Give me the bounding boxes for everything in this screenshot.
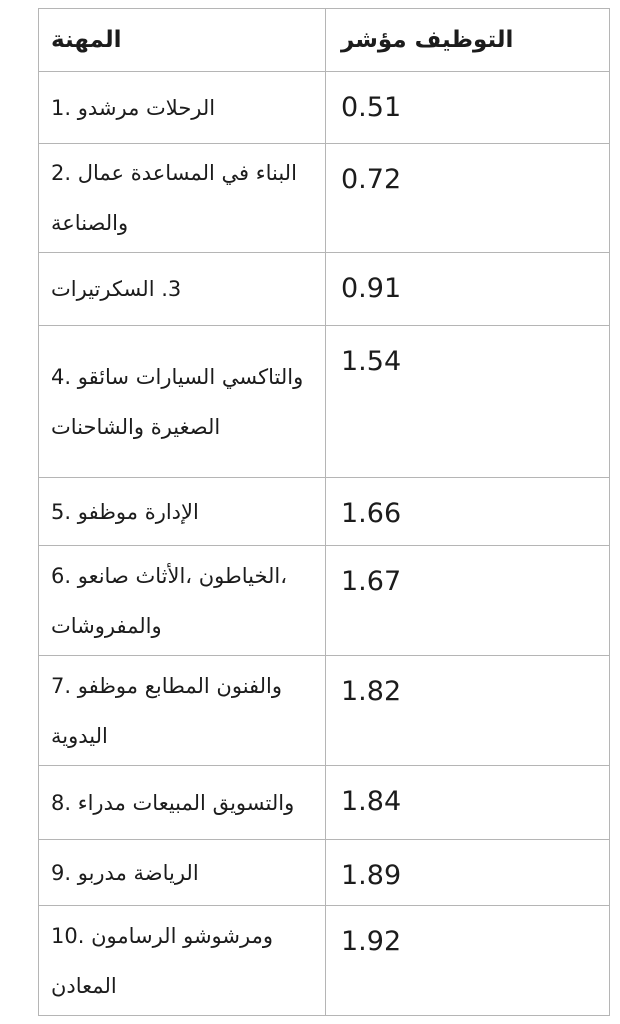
occupation-label: 4.‎ سائقو‎ السيارات‎ والتاكسي‎ والشاحنات… — [51, 352, 313, 452]
table-row: 10.‎ الرسامون‎ ومرشوشو‎ المعادن‎ 1.92 — [39, 905, 609, 1015]
employment-index-value: 1.67 — [341, 566, 401, 598]
employment-index-value: 1.82 — [341, 676, 401, 708]
employment-index-column-header: مؤشر‎ التوظيف‎ — [326, 9, 609, 71]
occupation-label: 8.‎ مدراء‎ المبيعات‎ والتسويق‎ — [51, 778, 294, 828]
occupation-cell: 3. السكرتيرات — [39, 253, 326, 325]
table-row: 2.‎ عمال‎ المساعدة‎ في‎ البناء‎ والصناعة… — [39, 143, 609, 252]
occupation-cell: 1.‎ مرشدو‎ الرحلات‎ — [39, 72, 326, 143]
table-header-row: المهنة‎ مؤشر‎ التوظيف‎ — [39, 9, 609, 71]
occupation-label: 10.‎ الرسامون‎ ومرشوشو‎ المعادن‎ — [51, 911, 313, 1011]
occupation-label: 6.‎ صانعو‎ الأثاث،‎ الخياطون،‎ والمفروشا… — [51, 551, 313, 651]
employment-index-value: 1.54 — [341, 346, 401, 378]
occupation-label: 3. السكرتيرات — [51, 264, 181, 314]
table-row: 6.‎ صانعو‎ الأثاث،‎ الخياطون،‎ والمفروشا… — [39, 545, 609, 655]
employment-index-cell: 1.66 — [326, 478, 609, 545]
employment-index-cell: 1.54 — [326, 326, 609, 477]
table-row: 9.‎ مدربو‎ الرياضة‎ 1.89 — [39, 839, 609, 905]
occupation-cell: 2.‎ عمال‎ المساعدة‎ في‎ البناء‎ والصناعة… — [39, 144, 326, 252]
employment-index-value: 1.66 — [341, 498, 401, 530]
occupation-cell: 4.‎ سائقو‎ السيارات‎ والتاكسي‎ والشاحنات… — [39, 326, 326, 477]
employment-index-value: 0.72 — [341, 164, 401, 196]
occupation-cell: 9.‎ مدربو‎ الرياضة‎ — [39, 840, 326, 905]
occupation-column-header: المهنة‎ — [39, 9, 326, 71]
employment-index-value: 1.89 — [341, 860, 401, 892]
table-row: 7.‎ موظفو‎ المطابع‎ والفنون‎ اليدوية‎ 1.… — [39, 655, 609, 765]
employment-index-value: 0.91 — [341, 273, 401, 305]
table-body: 1.‎ مرشدو‎ الرحلات‎ 0.51 2.‎ عمال‎ المسا… — [39, 71, 609, 1015]
employment-index-value: 0.51 — [341, 92, 401, 124]
employment-index-value: 1.84 — [341, 786, 401, 818]
table-row: 5.‎ موظفو‎ الإدارة‎ 1.66 — [39, 477, 609, 545]
occupation-label: 2.‎ عمال‎ المساعدة‎ في‎ البناء‎ والصناعة… — [51, 148, 313, 248]
employment-index-cell: 0.72 — [326, 144, 609, 252]
table-row: 8.‎ مدراء‎ المبيعات‎ والتسويق‎ 1.84 — [39, 765, 609, 839]
occupation-cell: 8.‎ مدراء‎ المبيعات‎ والتسويق‎ — [39, 766, 326, 839]
occupation-cell: 7.‎ موظفو‎ المطابع‎ والفنون‎ اليدوية‎ — [39, 656, 326, 765]
employment-index-cell: 0.51 — [326, 72, 609, 143]
occupation-cell: 10.‎ الرسامون‎ ومرشوشو‎ المعادن‎ — [39, 906, 326, 1015]
employment-index-cell: 0.91 — [326, 253, 609, 325]
page: المهنة‎ مؤشر‎ التوظيف‎ 1.‎ مرشدو‎ الرحلا… — [0, 0, 620, 1024]
employment-index-cell: 1.92 — [326, 906, 609, 1015]
employment-index-table: المهنة‎ مؤشر‎ التوظيف‎ 1.‎ مرشدو‎ الرحلا… — [38, 8, 610, 1016]
occupation-label: 1.‎ مرشدو‎ الرحلات‎ — [51, 83, 215, 133]
occupation-label: 9.‎ مدربو‎ الرياضة‎ — [51, 848, 199, 898]
employment-index-cell: 1.84 — [326, 766, 609, 839]
occupation-cell: 5.‎ موظفو‎ الإدارة‎ — [39, 478, 326, 545]
employment-index-cell: 1.82 — [326, 656, 609, 765]
occupation-label: 7.‎ موظفو‎ المطابع‎ والفنون‎ اليدوية‎ — [51, 661, 313, 761]
table-row: 1.‎ مرشدو‎ الرحلات‎ 0.51 — [39, 71, 609, 143]
occupation-cell: 6.‎ صانعو‎ الأثاث،‎ الخياطون،‎ والمفروشا… — [39, 546, 326, 655]
employment-index-value: 1.92 — [341, 926, 401, 958]
table-row: 4.‎ سائقو‎ السيارات‎ والتاكسي‎ والشاحنات… — [39, 325, 609, 477]
table-row: 3. السكرتيرات 0.91 — [39, 252, 609, 325]
employment-index-cell: 1.67 — [326, 546, 609, 655]
employment-index-cell: 1.89 — [326, 840, 609, 905]
occupation-label: 5.‎ موظفو‎ الإدارة‎ — [51, 487, 199, 537]
